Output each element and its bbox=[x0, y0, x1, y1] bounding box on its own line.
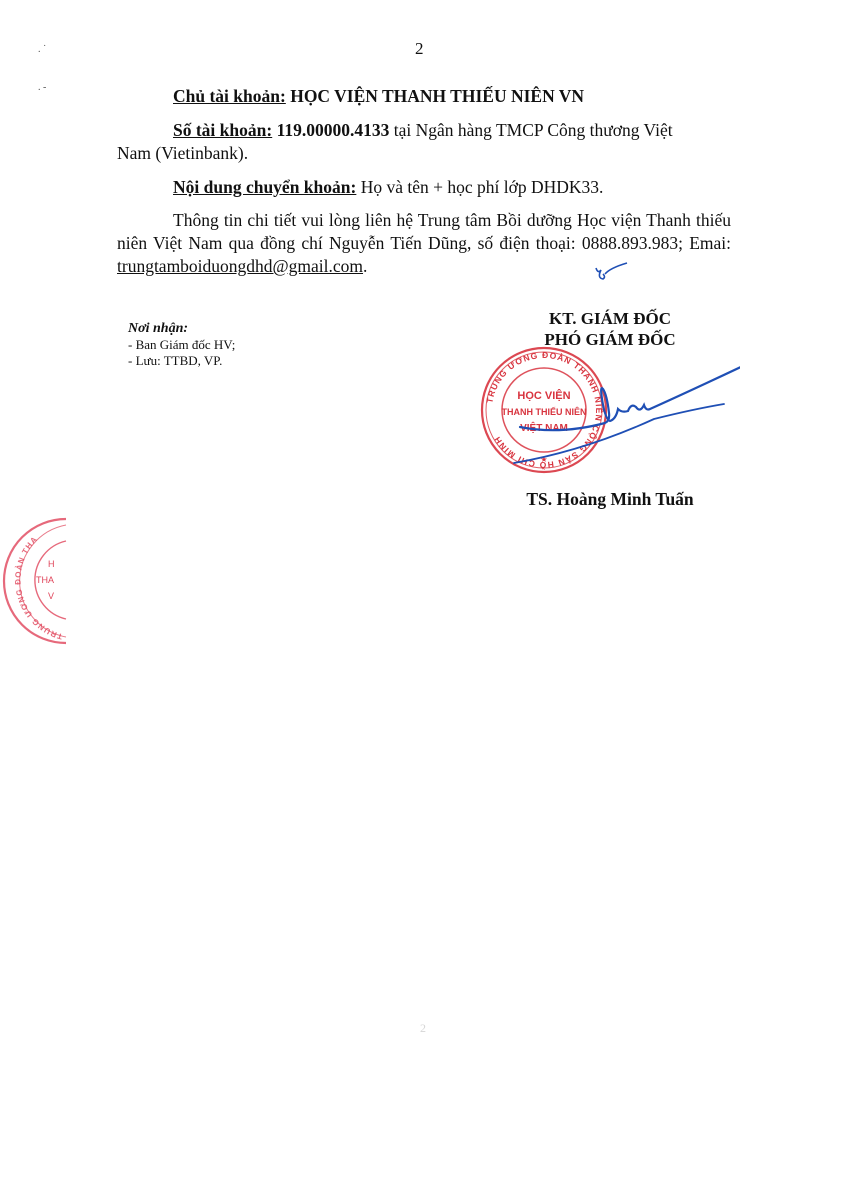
bleed-through-page-number: 2 bbox=[420, 1021, 426, 1036]
signer-name: TS. Hoàng Minh Tuấn bbox=[485, 489, 735, 510]
transfer-content-label: Nội dung chuyển khoản: bbox=[173, 177, 356, 197]
scan-speck: . ˙ bbox=[38, 44, 46, 55]
contact-end: . bbox=[363, 256, 367, 276]
recipient-item: - Lưu: TTBD, VP. bbox=[128, 353, 235, 369]
initials-mark bbox=[593, 260, 629, 286]
scan-speck: . ‐ bbox=[38, 82, 46, 93]
edge-seal-inner-2: THA bbox=[36, 575, 54, 585]
account-holder-line: Chủ tài khoản: HỌC VIỆN THANH THIẾU NIÊN… bbox=[173, 85, 584, 108]
account-number-line: Số tài khoản: 119.00000.4133 tại Ngân hà… bbox=[173, 119, 673, 142]
transfer-content-line: Nội dung chuyển khoản: Họ và tên + học p… bbox=[173, 176, 603, 199]
signature-title-1: KT. GIÁM ĐỐC bbox=[490, 308, 730, 329]
contact-text: Thông tin chi tiết vui lòng liên hệ Trun… bbox=[117, 210, 731, 253]
account-number-label: Số tài khoản: bbox=[173, 120, 272, 140]
contact-email-link[interactable]: trungtamboiduongdhd@gmail.com bbox=[117, 256, 363, 276]
recipients-block: Nơi nhận: - Ban Giám đốc HV; - Lưu: TTBD… bbox=[128, 321, 235, 369]
edge-seal-stamp: TRUNG ƯƠNG ĐOÀN THA H THA V bbox=[0, 515, 70, 650]
recipients-title: Nơi nhận: bbox=[128, 321, 235, 337]
edge-seal-inner-3: V bbox=[48, 591, 54, 601]
handwritten-signature bbox=[500, 355, 740, 475]
recipient-item: - Ban Giám đốc HV; bbox=[128, 337, 235, 353]
account-holder-label: Chủ tài khoản: bbox=[173, 86, 286, 106]
signer-block: TS. Hoàng Minh Tuấn bbox=[485, 489, 735, 510]
contact-paragraph: Thông tin chi tiết vui lòng liên hệ Trun… bbox=[117, 209, 731, 278]
account-number-value: 119.00000.4133 bbox=[277, 120, 390, 140]
page-number: 2 bbox=[415, 39, 424, 59]
signature-titles: KT. GIÁM ĐỐC PHÓ GIÁM ĐỐC bbox=[490, 308, 730, 350]
account-holder-value: HỌC VIỆN THANH THIẾU NIÊN VN bbox=[290, 86, 584, 106]
edge-seal-inner-1: H bbox=[48, 559, 55, 569]
transfer-content-value: Họ và tên + học phí lớp DHDK33. bbox=[356, 177, 603, 197]
bank-text: tại Ngân hàng TMCP Công thương Việt bbox=[389, 120, 672, 140]
bank-text-line2: Nam (Vietinbank). bbox=[117, 142, 248, 165]
